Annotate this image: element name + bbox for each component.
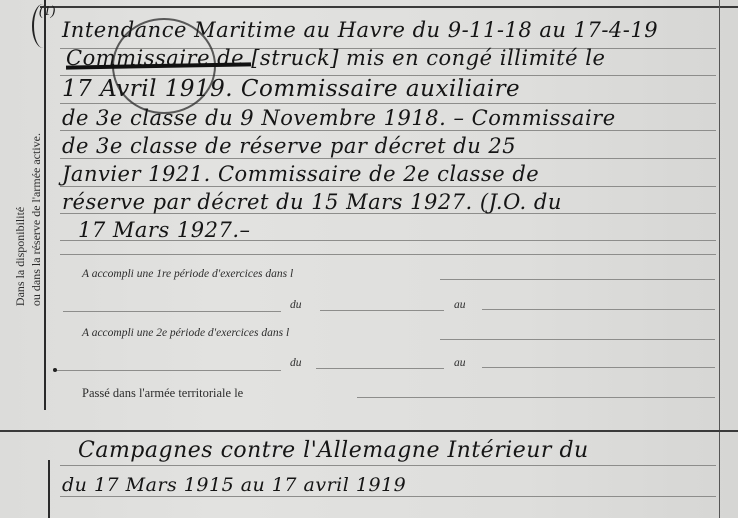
handwritten-line-8: 17 Mars 1927.– <box>78 218 251 242</box>
handwritten-line-5: de 3e classe de réserve par décret du 25 <box>62 134 516 158</box>
handwritten-line-1: Intendance Maritime au Havre du 9-11-18 … <box>62 18 658 42</box>
period2-label: A accompli une 2e période d'exercices da… <box>82 327 289 339</box>
period2-unit-line <box>440 339 715 340</box>
bullet-marker <box>53 368 57 372</box>
right-column-rule <box>719 0 720 518</box>
period2-from-line <box>55 370 281 371</box>
territorial-date-line <box>357 397 715 398</box>
campaign-line-1: Campagnes contre l'Allemagne Intérieur d… <box>78 438 589 463</box>
ledger-line <box>60 254 716 255</box>
period2-du-label: du <box>290 357 302 369</box>
period2-au-label: au <box>454 357 466 369</box>
period1-unit-line <box>440 279 715 280</box>
handwritten-line-4: de 3e classe du 9 Novembre 1918. – Commi… <box>62 106 616 130</box>
ledger-line <box>60 130 716 131</box>
territorial-label: Passé dans l'armée territoriale le <box>82 386 243 401</box>
margin-label-line1: Dans la disponibilité <box>13 133 27 306</box>
top-border-rule <box>40 6 738 8</box>
ledger-line <box>60 186 716 187</box>
margin-label-line2: ou dans la réserve de l'armée active. <box>29 133 43 306</box>
section-divider <box>0 430 738 432</box>
period1-to-line <box>320 310 444 311</box>
period1-from-line <box>63 311 281 312</box>
document-page: Dans la disponibilité ou dans la réserve… <box>0 0 738 518</box>
ledger-line <box>60 465 716 466</box>
period1-to-value-line <box>482 309 715 310</box>
note-marker: (1) <box>32 4 54 48</box>
campaign-line-2: du 17 Mars 1915 au 17 avril 1919 <box>62 474 406 496</box>
period1-au-label: au <box>454 299 466 311</box>
period2-to-value-line <box>482 367 715 368</box>
period1-du-label: du <box>290 299 302 311</box>
left-column-rule-lower <box>48 460 50 518</box>
margin-label: Dans la disponibilité ou dans la réserve… <box>6 60 50 380</box>
ledger-line <box>60 496 716 497</box>
period1-label: A accompli une 1re période d'exercices d… <box>82 268 293 280</box>
handwritten-line-7: réserve par décret du 15 Mars 1927. (J.O… <box>62 190 562 214</box>
handwritten-line-6: Janvier 1921. Commissaire de 2e classe d… <box>62 162 539 186</box>
ledger-line <box>60 158 716 159</box>
period2-to-line <box>316 368 444 369</box>
handwritten-line-3: 17 Avril 1919. Commissaire auxiliaire <box>62 76 520 102</box>
